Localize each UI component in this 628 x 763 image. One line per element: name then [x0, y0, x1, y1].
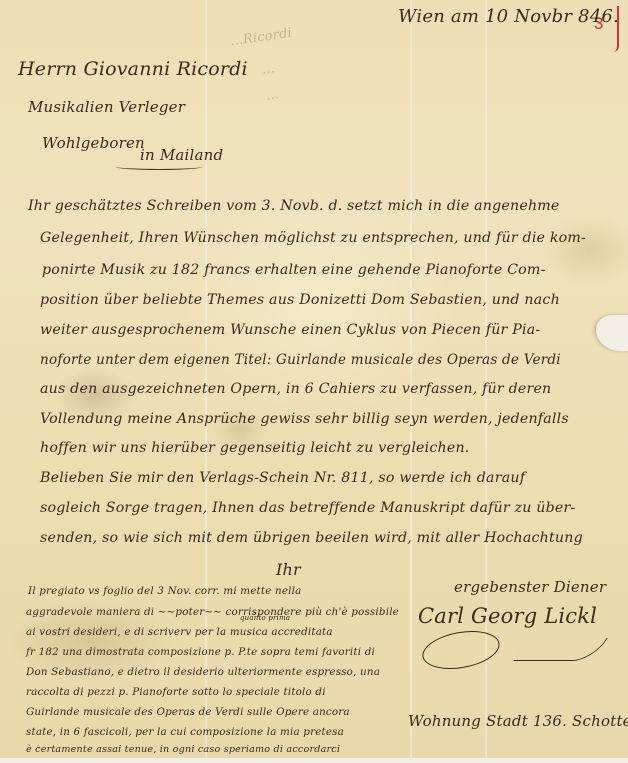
- dateline: Wien am 10 Novbr 846.: [398, 6, 619, 27]
- underline-flourish: [115, 163, 203, 170]
- italian-line: fr 182 una dimostrata composizione p. P.…: [26, 646, 375, 658]
- scan-margin: [0, 758, 628, 763]
- body-line: hoffen wir uns hierüber gegenseitig leic…: [40, 440, 470, 456]
- address-honorific: Wohlgeboren: [42, 134, 145, 152]
- signature-flourish: [513, 638, 607, 661]
- italian-line: raccolta di pezzi p. Pianoforte sotto lo…: [26, 686, 326, 698]
- paper-fold: [205, 0, 207, 758]
- body-line: weiter ausgesprochenem Wunsche einen Cyk…: [40, 322, 540, 338]
- closing-phrase: ergebenster Diener: [454, 578, 606, 596]
- paper-tear: [596, 315, 628, 351]
- address-place: in Mailand: [140, 146, 223, 164]
- body-line: senden, so wie sich mit dem übrigen beei…: [40, 530, 583, 546]
- address-salutation: Herrn Giovanni Ricordi: [18, 58, 248, 80]
- body-line: Gelegenheit, Ihren Wünschen möglichst zu…: [40, 230, 586, 246]
- body-line: Ihr geschätztes Schreiben vom 3. Novb. d…: [28, 198, 560, 214]
- italian-line: è certamente assai tenue, in ogni caso s…: [26, 744, 340, 755]
- body-line: ponirte Musik zu 182 francs erhalten ein…: [42, 262, 546, 278]
- body-line: position über beliebte Themes aus Donize…: [40, 292, 560, 308]
- bleed-through-text: ...Ricordi: [229, 26, 293, 50]
- italian-line: aggradevole maniera di ~~poter~~ corrisp…: [26, 606, 399, 618]
- italian-line: Guirlande musicale des Operas de Verdi s…: [26, 706, 350, 718]
- closing-mark: Ihr: [276, 560, 301, 579]
- body-line: aus den ausgezeichneten Opern, in 6 Cahi…: [40, 381, 551, 397]
- signature-flourish: [419, 626, 502, 675]
- body-line: Belieben Sie mir den Verlags-Schein Nr. …: [40, 470, 525, 486]
- italian-line: Don Sebastiano, e dietro il desiderio ul…: [26, 666, 380, 678]
- bleed-through-text: ...: [265, 87, 280, 104]
- address-profession: Musikalien Verleger: [28, 98, 185, 116]
- body-line: noforte unter dem eigenen Titel: Guirlan…: [40, 352, 561, 368]
- italian-line: state, in 6 fascicoli, per la cui compos…: [26, 726, 344, 738]
- letter-page: 3 Wien am 10 Novbr 846. ...Ricordi ... .…: [0, 0, 628, 758]
- sender-address: Wohnung Stadt 136. Schottenhof.: [408, 712, 628, 730]
- italian-line: Il pregiato vs foglio del 3 Nov. corr. m…: [28, 585, 301, 597]
- bleed-through-text: ...: [261, 61, 276, 78]
- signature: Carl Georg Lickl: [418, 604, 597, 628]
- body-line: sogleich Sorge tragen, Ihnen das betreff…: [40, 500, 576, 516]
- italian-line: ai vostri desideri, e di scriverv per la…: [26, 626, 333, 638]
- paper-fold: [410, 0, 412, 758]
- interlinear-note: quanto prima: [240, 614, 290, 622]
- body-line: Vollendung meine Ansprüche gewiss sehr b…: [40, 411, 569, 427]
